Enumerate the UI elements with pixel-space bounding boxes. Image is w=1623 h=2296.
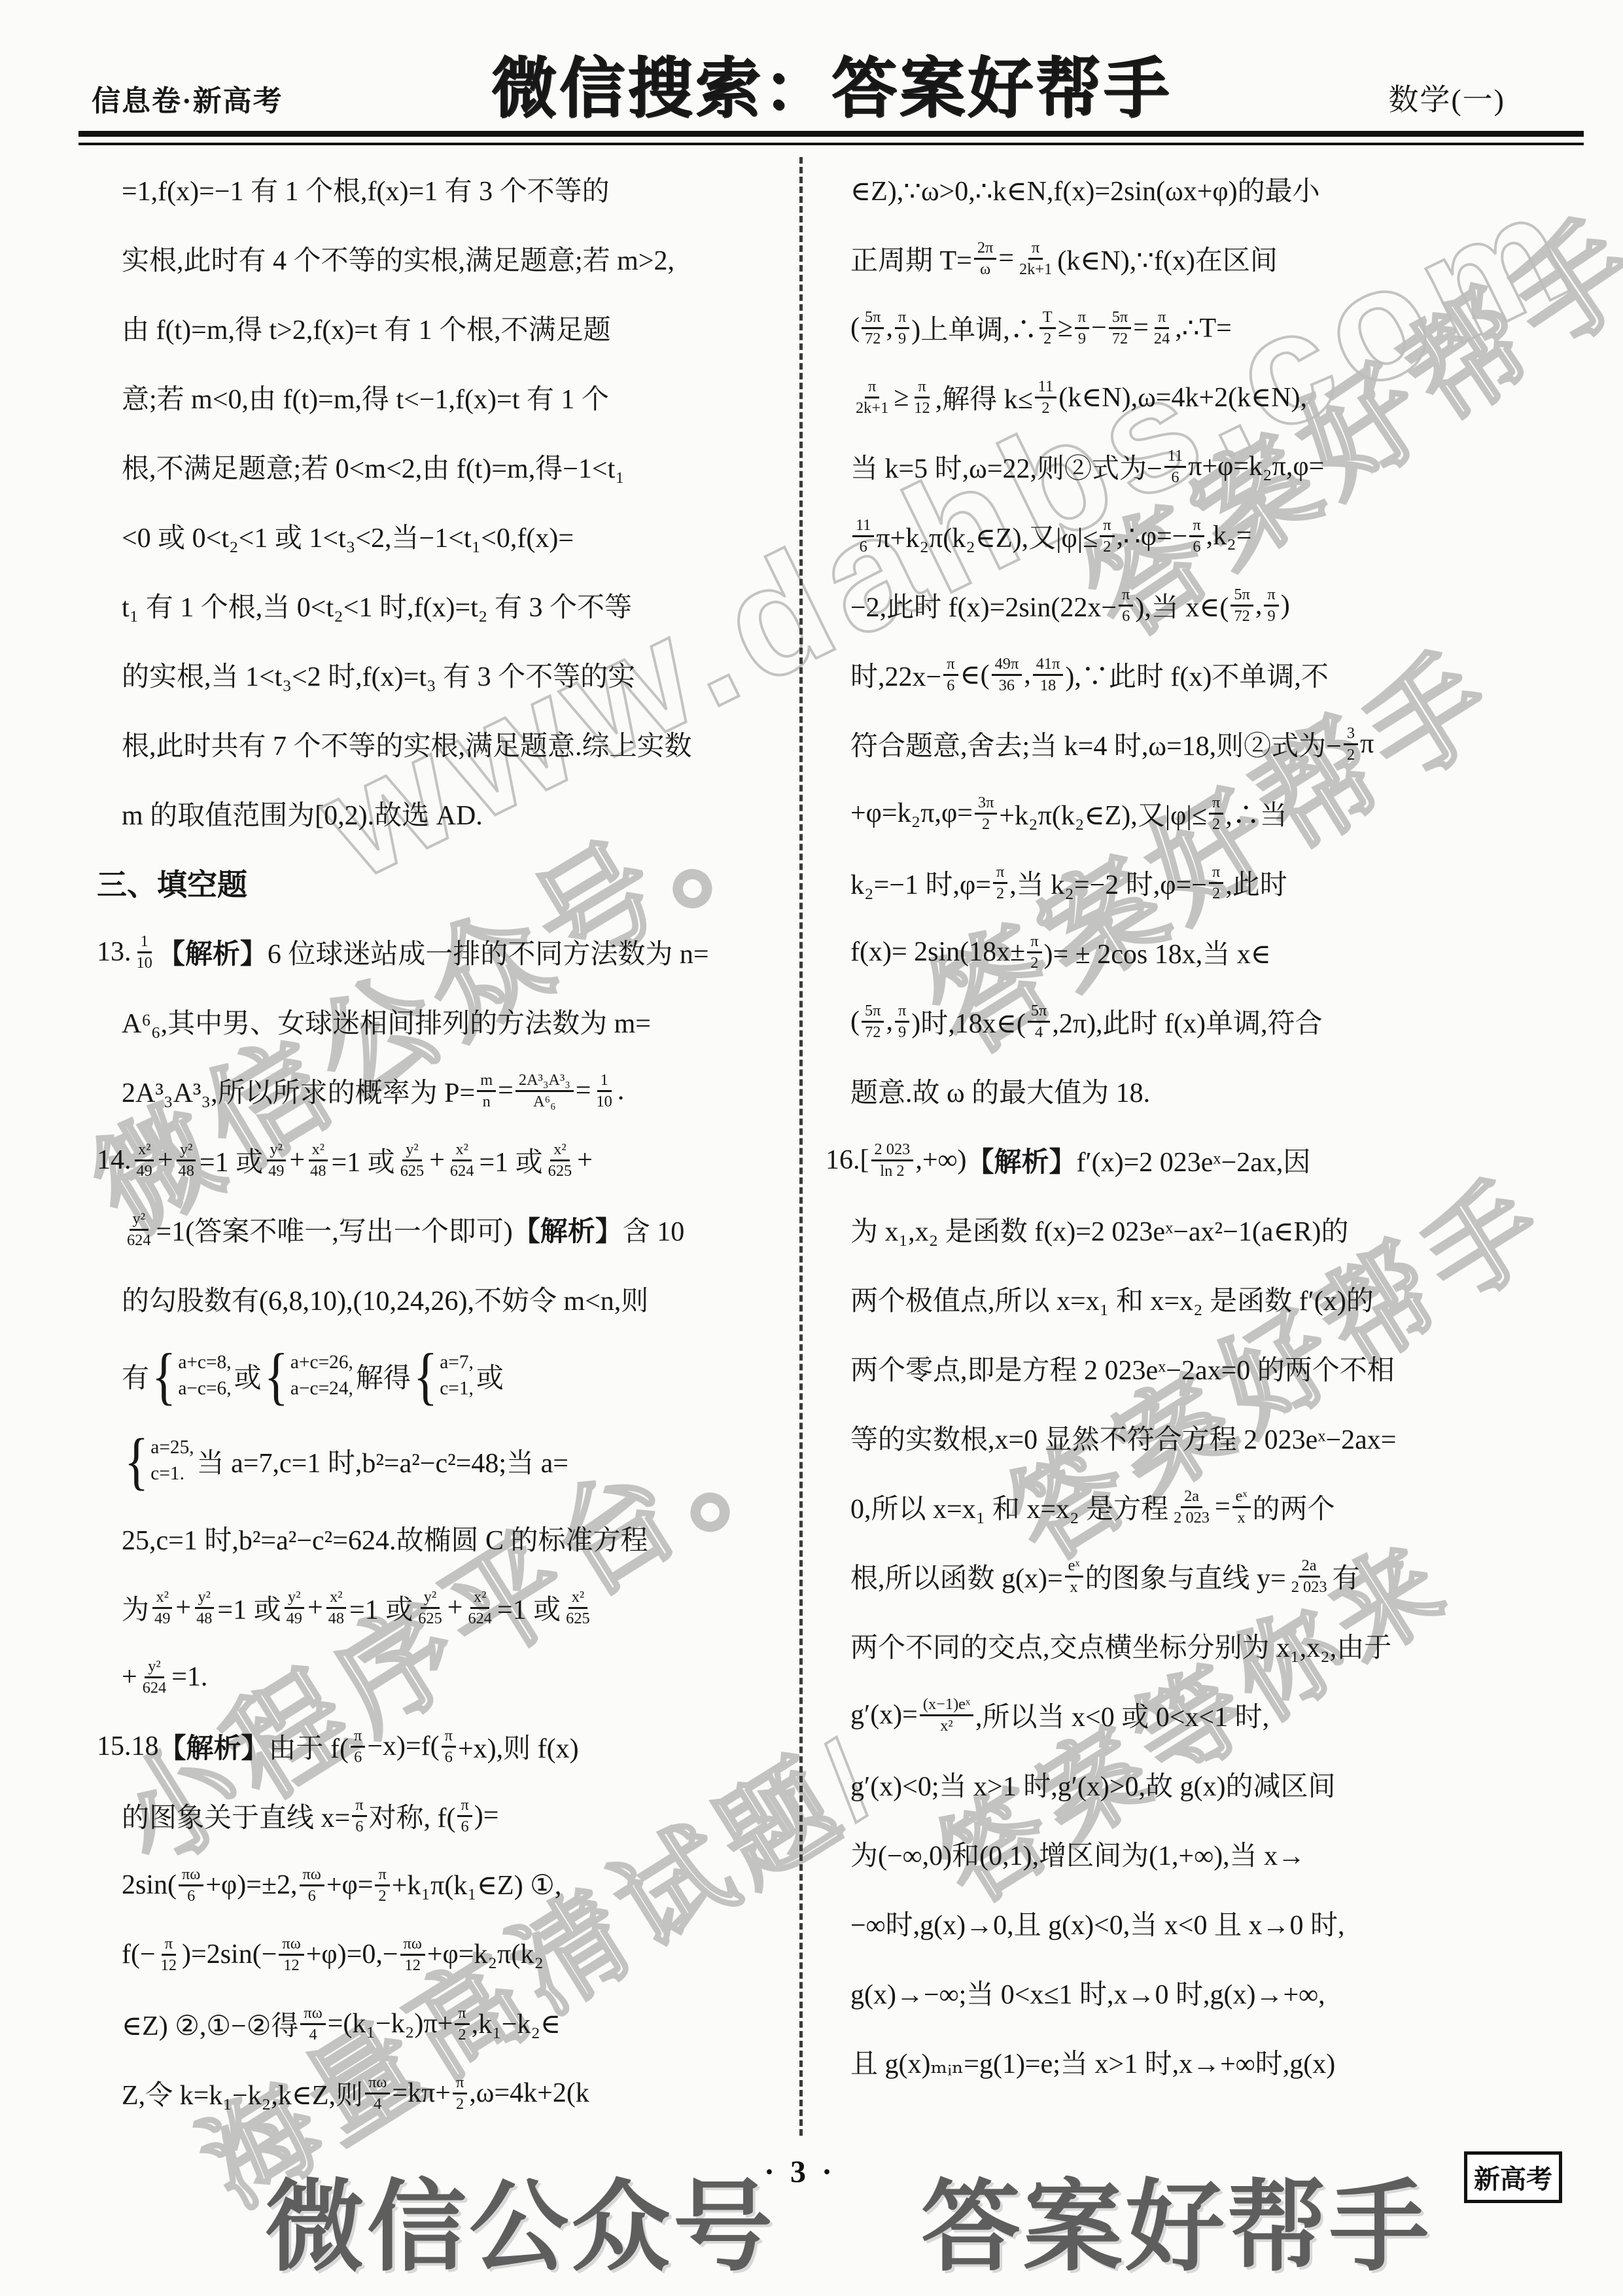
text-line: 116π+k₂π(k₂∈Z),又|φ|≤π2,∴φ=−π6,k₂= [826,501,1558,571]
text-line: k₂=−1 时,φ=π2,当 k₂=−2 时,φ=−π2,此时 [826,848,1558,917]
text-line: 两个极值点,所以 x=x₁ 和 x=x₂ 是函数 f′(x)的 [826,1264,1558,1333]
text-line: Z,令 k=k₁−k₂,k∈Z,则πω4=kπ+π2,ω=4k+2(k [97,2058,792,2128]
text-line: 25,c=1 时,b²=a²−c²=624.故椭圆 C 的标准方程 [97,1504,792,1573]
text-line: m 的取值范围为[0,2).故选 AD. [97,779,792,848]
right-column: ∈Z),∵ω>0,∴k∈N,f(x)=2sin(ωx+φ)的最小正周期 T=2π… [826,154,1558,2096]
text-line: 的实根,当 1<t₃<2 时,f(x)=t₃ 有 3 个不等的实 [97,640,792,709]
text-line: 正周期 T=2πω=π2k+1(k∈N),∵f(x)在区间 [826,224,1558,293]
text-line: 为(−∞,0)和(0,1),增区间为(1,+∞),当 x→ [826,1819,1558,1888]
text-line: 意;若 m<0,由 f(t)=m,得 t<−1,f(x)=t 有 1 个 [97,362,792,432]
left-column: =1,f(x)=−1 有 1 个根,f(x)=1 有 3 个不等的实根,此时有 … [97,154,792,2128]
text-line: +y²624=1. [97,1642,792,1712]
text-line: 两个零点,即是方程 2 023eˣ−2ax=0 的两个不相 [826,1333,1558,1403]
text-line: f(−π12)=2sin(−πω12+φ)=0,−πω12+φ=k₂π(k₂ [97,1920,792,1989]
text-line: 实根,此时有 4 个不等的实根,满足题意;若 m>2, [97,224,792,293]
text-line: 有{a+c=8,a−c=6, 或{a+c=26,a−c=24, 解得{a=7,c… [97,1333,792,1419]
text-line: 根,此时共有 7 个不等的实根,满足题意.综上实数 [97,709,792,779]
text-line: 题意.故 ω 的最大值为 18. [826,1056,1558,1125]
footer-brand-label: 答案好帮手 [921,2147,1431,2290]
section-heading: 三、填空题 [97,848,792,917]
text-line: +φ=k₂π,φ=3π2+k₂π(k₂∈Z),又|φ|≤π2,∴当 [826,779,1558,848]
text-line: 由 f(t)=m,得 t>2,f(x)=t 有 1 个根,不满足题 [97,293,792,362]
text-line: 为x²49+y²48=1 或y²49+x²48=1 或y²625+x²624=1… [97,1573,792,1642]
text-line: (5π72,π9)时,18x∈(5π4,2π),此时 f(x)单调,符合 [826,987,1558,1056]
text-line: 等的实数根,x=0 显然不符合方程 2 023eˣ−2ax= [826,1403,1558,1472]
text-line: 2sin(πω6+φ)=±2,πω6+φ=π2+k₁π(k₁∈Z) ①, [97,1850,792,1920]
text-line: 当 k=5 时,ω=22,则②式为−116π+φ=k₂π,φ= [826,432,1558,501]
text-line: 为 x₁,x₂ 是函数 f(x)=2 023eˣ−ax²−1(a∈R)的 [826,1195,1558,1264]
header-rule [79,131,1584,145]
column-divider [799,157,803,2136]
text-line: 根,所以函数 g(x)=eˣx的图象与直线 y=2a2 023有 [826,1542,1558,1611]
text-line: 根,不满足题意;若 0<m<2,由 f(t)=m,得−1<t₁ [97,432,792,501]
page-header: 信息卷·新高考 微信搜索：答案好帮手 数学(一) [79,7,1584,131]
text-line: (5π72,π9)上单调,∴T2≥π9−5π72=π24,∴T= [826,293,1558,362]
text-line: 14.x²49+y²48=1 或y²49+x²48=1 或y²625+x²624… [97,1125,792,1195]
text-line: 符合题意,舍去;当 k=4 时,ω=18,则②式为−32π [826,709,1558,779]
text-line: 15.18 【解析】由于 f(π6−x)=f(π6+x),则 f(x) [97,1712,792,1781]
text-line: f(x)= 2sin(18x±π2)= ± 2cos 18x,当 x∈ [826,917,1558,987]
text-line: g(x)→−∞;当 0<x≤1 时,x→0 时,g(x)→+∞, [826,1958,1558,2027]
text-line: −2,此时 f(x)=2sin(22x−π6),当 x∈(5π72,π9) [826,571,1558,640]
page-number: · 3 · [764,2154,836,2190]
footer-exam-tag: 新高考 [1464,2151,1562,2203]
page-title: 微信搜索：答案好帮手 [491,35,1172,130]
page: { "header": { "left": "信息卷·新高考", "title"… [0,0,1623,2296]
text-line: =1,f(x)=−1 有 1 个根,f(x)=1 有 3 个不等的 [97,154,792,224]
text-line: y²624=1(答案不唯一,写出一个即可) 【解析】含 10 [97,1195,792,1264]
text-line: 时,22x−π6∈(49π36,41π18),∵此时 f(x)不单调,不 [826,640,1558,709]
text-line: ∈Z) ②,①−②得πω4=(k₁−k₂)π+π2,k₁−k₂∈ [97,1989,792,2058]
text-line: ∈Z),∵ω>0,∴k∈N,f(x)=2sin(ωx+φ)的最小 [826,154,1558,224]
text-line: 的图象关于直线 x=π6 对称, f(π6)= [97,1781,792,1850]
text-line: 13.110 【解析】6 位球迷站成一排的不同方法数为 n= [97,917,792,987]
exam-label: 信息卷·新高考 [92,77,283,119]
text-line: 且 g(x)ₘᵢₙ=g(1)=e;当 x>1 时,x→+∞时,g(x) [826,2027,1558,2096]
text-line: π2k+1≥π12,解得 k≤112(k∈N),ω=4k+2(k∈N), [826,362,1558,432]
text-line: {a=25,c=1. 当 a=7,c=1 时,b²=a²−c²=48;当 a= [97,1419,792,1504]
text-line: g′(x)<0;当 x>1 时,g′(x)>0,故 g(x)的减区间 [826,1750,1558,1819]
footer-wechat-label: 微信公众号 [265,2147,775,2290]
text-line: g′(x)=(x−1)eˣx²,所以当 x<0 或 0<x<1 时, [826,1680,1558,1750]
text-line: t₁ 有 1 个根,当 0<t₂<1 时,f(x)=t₂ 有 3 个不等 [97,571,792,640]
text-line: 2A³₃A³₃,所以所求的概率为 P=mn=2A³₃A³₃A⁶₆=110. [97,1056,792,1125]
text-line: 0,所以 x=x₁ 和 x=x₂ 是方程2a2 023=eˣx的两个 [826,1472,1558,1542]
text-line: <0 或 0<t₂<1 或 1<t₃<2,当−1<t₁<0,f(x)= [97,501,792,571]
subject-label: 数学(一) [1388,76,1505,119]
text-line: 两个不同的交点,交点横坐标分别为 x₁,x₂,由于 [826,1611,1558,1680]
text-line: 16.[2 023ln 2,+∞) 【解析】f′(x)=2 023eˣ−2ax,… [826,1125,1558,1195]
text-line: A⁶₆,其中男、女球迷相间排列的方法数为 m= [97,987,792,1056]
text-line: −∞时,g(x)→0,且 g(x)<0,当 x<0 且 x→0 时, [826,1888,1558,1958]
text-line: 的勾股数有(6,8,10),(10,24,26),不妨令 m<n,则 [97,1264,792,1333]
